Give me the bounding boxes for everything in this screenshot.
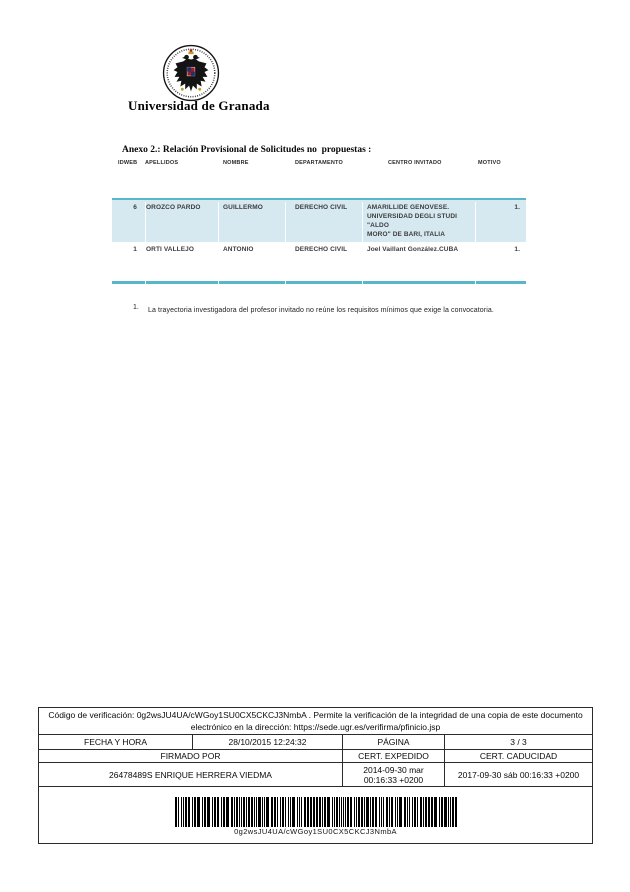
cell-centro-invitado: AMARILLIDE GENOVESE. UNIVERSIDAD DEGLI S…	[362, 203, 475, 239]
firmado-por-label: FIRMADO POR	[39, 750, 343, 763]
rule-gap	[285, 281, 286, 284]
centro-line: MORO" DE BARI, ITALIA	[367, 231, 445, 238]
cell-motivo: 1.	[475, 203, 526, 212]
cell-nombre: GUILLERMO	[218, 203, 285, 212]
col-header-centro-invitado: CENTRO INVITADO	[388, 160, 442, 166]
cert-caducidad-label: CERT. CADUCIDAD	[445, 750, 593, 763]
rule-gap	[145, 281, 146, 284]
col-header-nombre: NOMBRE	[223, 160, 249, 166]
cell-motivo: 1.	[475, 245, 526, 254]
fecha-hora-value: 28/10/2015 12:24:32	[193, 735, 343, 750]
cell-centro-invitado: Joel Vaillant González.CUBA	[362, 245, 475, 254]
cell-apellidos: ORTI VALLEJO	[145, 245, 218, 254]
table-spacer	[112, 262, 526, 281]
table-row: 6 OROZCO PARDO GUILLERMO DERECHO CIVIL A…	[112, 198, 526, 242]
centro-line: UNIVERSIDAD DEGLI STUDI "ALDO	[367, 213, 457, 229]
column-divider	[218, 202, 219, 242]
barcode	[175, 797, 457, 827]
rule-gap	[362, 281, 363, 284]
note-number: 1.	[133, 304, 139, 311]
col-header-apellidos: APELLIDOS	[145, 160, 178, 166]
verification-code-text: Código de verificación: 0g2wsJU4UA/cWGoy…	[39, 708, 593, 735]
solicitudes-table: IDWEB APELLIDOS NOMBRE DEPARTAMENTO CENT…	[112, 160, 526, 284]
barcode-wrap: 0g2wsJU4UA/cWGoy1SU0CX5CKCJ3NmbA	[41, 795, 590, 836]
pagina-label: PÁGINA	[343, 735, 445, 750]
table-bottom-rule	[112, 281, 526, 284]
verification-footer-table: Código de verificación: 0g2wsJU4UA/cWGoy…	[38, 707, 593, 844]
cert-expedido-label: CERT. EXPEDIDO	[343, 750, 445, 763]
rule-gap	[475, 281, 476, 284]
ugr-coat-of-arms-icon	[162, 44, 220, 102]
document-page: Universidad de Granada Anexo 2.: Relació…	[0, 0, 630, 892]
column-divider	[475, 202, 476, 242]
cert-caducidad-value: 2017-09-30 sáb 00:16:33 +0200	[445, 763, 593, 787]
cert-expedido-value: 2014-09-30 mar 00:16:33 +0200	[343, 763, 445, 787]
column-divider	[285, 202, 286, 242]
barcode-cell: 0g2wsJU4UA/cWGoy1SU0CX5CKCJ3NmbA	[39, 787, 593, 844]
cell-departamento: DERECHO CIVIL	[285, 245, 362, 254]
rule-gap	[218, 281, 219, 284]
table-row: 1 ORTI VALLEJO ANTONIO DERECHO CIVIL Joe…	[112, 242, 526, 262]
cell-idweb: 6	[112, 203, 145, 212]
firmado-por-value: 26478489S ENRIQUE HERRERA VIEDMA	[39, 763, 343, 787]
col-header-motivo: MOTIVO	[478, 160, 501, 166]
note-text: La trayectoria investigadora del profeso…	[148, 304, 520, 318]
cell-nombre: ANTONIO	[218, 245, 285, 254]
cell-idweb: 1	[112, 245, 145, 254]
column-divider	[145, 202, 146, 242]
column-divider	[362, 202, 363, 242]
university-name: Universidad de Granada	[128, 98, 268, 114]
cell-apellidos: OROZCO PARDO	[145, 203, 218, 212]
document-title: Anexo 2.: Relación Provisional de Solici…	[122, 145, 371, 155]
table-header-row: IDWEB APELLIDOS NOMBRE DEPARTAMENTO CENT…	[112, 160, 526, 198]
col-header-departamento: DEPARTAMENTO	[295, 160, 343, 166]
cell-departamento: DERECHO CIVIL	[285, 203, 362, 212]
barcode-text: 0g2wsJU4UA/cWGoy1SU0CX5CKCJ3NmbA	[234, 828, 397, 836]
fecha-hora-label: FECHA Y HORA	[39, 735, 193, 750]
pagina-value: 3 / 3	[445, 735, 593, 750]
col-header-idweb: IDWEB	[118, 160, 137, 166]
centro-line: AMARILLIDE GENOVESE.	[367, 204, 449, 211]
